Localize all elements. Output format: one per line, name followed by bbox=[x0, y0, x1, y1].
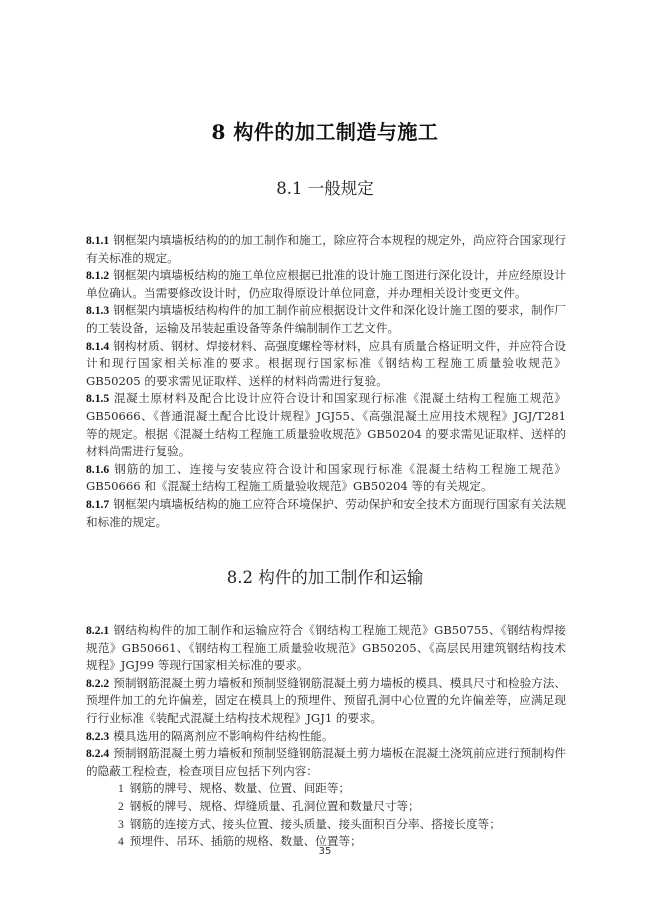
list-text: 钢筋的牌号、规格、数量、位置、间距等； bbox=[130, 781, 350, 795]
clause-text: 钢框架内填墙板结构的的加工制作和施工，除应符合本规程的规定外，尚应符合国家现行有… bbox=[86, 233, 566, 265]
list-item-2: 2钢板的牌号、规格、焊缝质量、孔洞位置和数量尺寸等； bbox=[86, 798, 566, 816]
clause-text: 混凝土原材料及配合比设计应符合设计和国家现行标准《混凝土结构工程施工规范》GB5… bbox=[86, 391, 566, 458]
list-number: 1 bbox=[118, 782, 124, 795]
section-8-2-body: 8.2.1钢结构构件的加工制作和运输应符合《钢结构工程施工规范》GB50755、… bbox=[86, 622, 566, 851]
clause-8-1-3: 8.1.3钢框架内填墙板结构构件的加工制作前应根据设计文件和深化设计施工图的要求… bbox=[86, 302, 566, 337]
clause-number: 8.2.3 bbox=[86, 730, 109, 743]
clause-number: 8.2.2 bbox=[86, 677, 109, 690]
clause-number: 8.1.7 bbox=[86, 498, 109, 511]
page-number: 35 bbox=[0, 846, 650, 857]
clause-text: 钢筋的加工、连接与安装应符合设计和国家现行标准《混凝土结构工程施工规范》GB50… bbox=[86, 462, 566, 494]
clause-text: 预制钢筋混凝土剪力墙板和预制竖缝钢筋混凝土剪力墙板的模具、模具尺寸和检验方法、预… bbox=[86, 676, 566, 725]
clause-number: 8.1.5 bbox=[86, 392, 109, 405]
clause-8-1-1: 8.1.1钢框架内填墙板结构的的加工制作和施工，除应符合本规程的规定外，尚应符合… bbox=[86, 232, 566, 267]
list-number: 3 bbox=[118, 818, 124, 831]
clause-number: 8.2.1 bbox=[86, 624, 109, 637]
clause-8-1-7: 8.1.7钢框架内填墙板结构的施工应符合环境保护、劳动保护和安全技术方面现行国家… bbox=[86, 496, 566, 531]
list-text: 钢板的牌号、规格、焊缝质量、孔洞位置和数量尺寸等； bbox=[130, 799, 420, 813]
clause-number: 8.2.4 bbox=[86, 747, 109, 760]
clause-text: 预制钢筋混凝土剪力墙板和预制竖缝钢筋混凝土剪力墙板在混凝土浇筑前应进行预制构件的… bbox=[86, 746, 566, 778]
clause-number: 8.1.3 bbox=[86, 304, 109, 317]
list-item-3: 3钢筋的连接方式、接头位置、接头质量、接头面积百分率、搭接长度等； bbox=[86, 816, 566, 834]
clause-number: 8.1.6 bbox=[86, 463, 109, 476]
clause-8-2-4: 8.2.4预制钢筋混凝土剪力墙板和预制竖缝钢筋混凝土剪力墙板在混凝土浇筑前应进行… bbox=[86, 745, 566, 780]
clause-text: 钢结构构件的加工制作和运输应符合《钢结构工程施工规范》GB50755、《钢结构焊… bbox=[86, 623, 566, 672]
clause-text: 钢框架内填墙板结构的施工应符合环境保护、劳动保护和安全技术方面现行国家有关法规和… bbox=[86, 497, 566, 529]
clause-number: 8.1.2 bbox=[86, 269, 109, 282]
list-text: 钢筋的连接方式、接头位置、接头质量、接头面积百分率、搭接长度等； bbox=[130, 817, 501, 831]
list-number: 2 bbox=[118, 800, 124, 813]
section-title-8-2: 8.2 构件的加工制作和运输 bbox=[0, 564, 650, 588]
document-page: 8 构件的加工制造与施工 8.1 一般规定 8.1.1钢框架内填墙板结构的的加工… bbox=[0, 0, 650, 919]
clause-text: 钢框架内填墙板结构构件的加工制作前应根据设计文件和深化设计施工图的要求，制作厂的… bbox=[86, 303, 566, 335]
clause-8-2-1: 8.2.1钢结构构件的加工制作和运输应符合《钢结构工程施工规范》GB50755、… bbox=[86, 622, 566, 675]
clause-8-2-3: 8.2.3模具选用的隔离剂应不影响构件结构性能。 bbox=[86, 728, 566, 746]
clause-8-1-2: 8.1.2钢框架内填墙板结构的施工单位应根据已批准的设计施工图进行深化设计，并应… bbox=[86, 267, 566, 302]
clause-text: 钢构材质、钢材、焊接材料、高强度螺栓等材料，应具有质量合格证明文件，并应符合设计… bbox=[86, 339, 566, 388]
section-title-8-1: 8.1 一般规定 bbox=[0, 175, 650, 199]
list-item-1: 1钢筋的牌号、规格、数量、位置、间距等； bbox=[86, 780, 566, 798]
chapter-title: 8 构件的加工制造与施工 bbox=[0, 116, 650, 145]
clause-8-2-2: 8.2.2预制钢筋混凝土剪力墙板和预制竖缝钢筋混凝土剪力墙板的模具、模具尺寸和检… bbox=[86, 675, 566, 728]
clause-8-1-6: 8.1.6钢筋的加工、连接与安装应符合设计和国家现行标准《混凝土结构工程施工规范… bbox=[86, 461, 566, 496]
section-8-1-body: 8.1.1钢框架内填墙板结构的的加工制作和施工，除应符合本规程的规定外，尚应符合… bbox=[86, 232, 566, 531]
clause-number: 8.1.4 bbox=[86, 340, 109, 353]
clause-number: 8.1.1 bbox=[86, 234, 109, 247]
clause-8-1-5: 8.1.5混凝土原材料及配合比设计应符合设计和国家现行标准《混凝土结构工程施工规… bbox=[86, 390, 566, 460]
clause-text: 模具选用的隔离剂应不影响构件结构性能。 bbox=[113, 729, 333, 743]
clause-8-1-4: 8.1.4钢构材质、钢材、焊接材料、高强度螺栓等材料，应具有质量合格证明文件，并… bbox=[86, 338, 566, 391]
clause-text: 钢框架内填墙板结构的施工单位应根据已批准的设计施工图进行深化设计，并应经原设计单… bbox=[86, 268, 566, 300]
